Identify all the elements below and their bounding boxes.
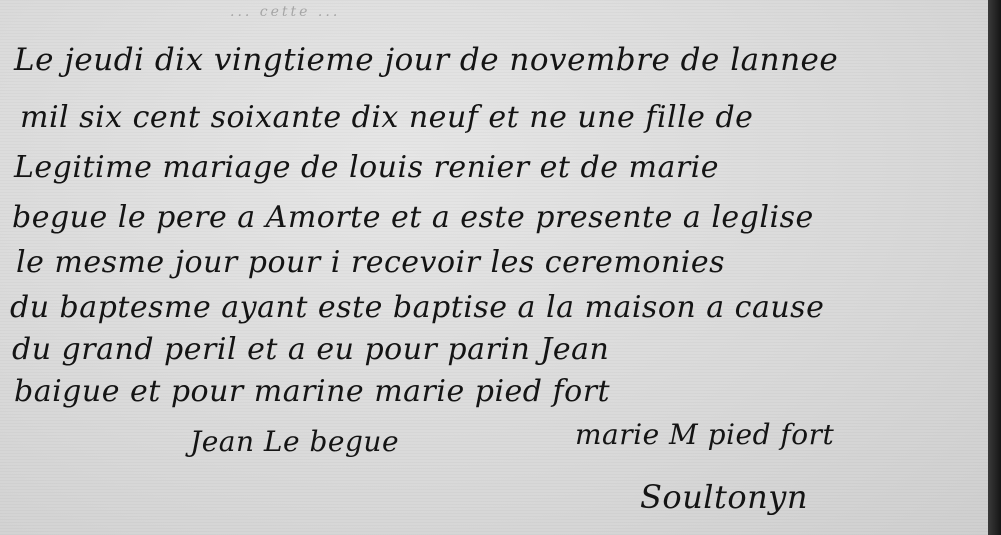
manuscript-line-7: du grand peril et a eu pour parin Jean xyxy=(12,332,609,367)
manuscript-line-1: Le jeudi dix vingtieme jour de novembre … xyxy=(14,42,838,78)
bleed-through-text: ... cette ... xyxy=(230,4,650,20)
signature-marie-pied-fort: marie M pied fort xyxy=(575,418,834,451)
page-binding-edge xyxy=(988,0,1001,535)
manuscript-line-2: mil six cent soixante dix neuf et ne une… xyxy=(20,100,753,135)
manuscript-line-6: du baptesme ayant este baptise a la mais… xyxy=(10,290,824,325)
signature-jean-le-begue: Jean Le begue xyxy=(190,425,399,458)
manuscript-page: ... cette ... Le jeudi dix vingtieme jou… xyxy=(0,0,988,535)
signature-soultonyn: Soultonyn xyxy=(640,478,808,516)
manuscript-line-4: begue le pere a Amorte et a este present… xyxy=(12,200,814,235)
manuscript-line-8: baigue et pour marine marie pied fort xyxy=(14,374,610,409)
manuscript-line-5: le mesme jour pour i recevoir les ceremo… xyxy=(16,245,725,280)
manuscript-line-3: Legitime mariage de louis renier et de m… xyxy=(14,150,719,185)
